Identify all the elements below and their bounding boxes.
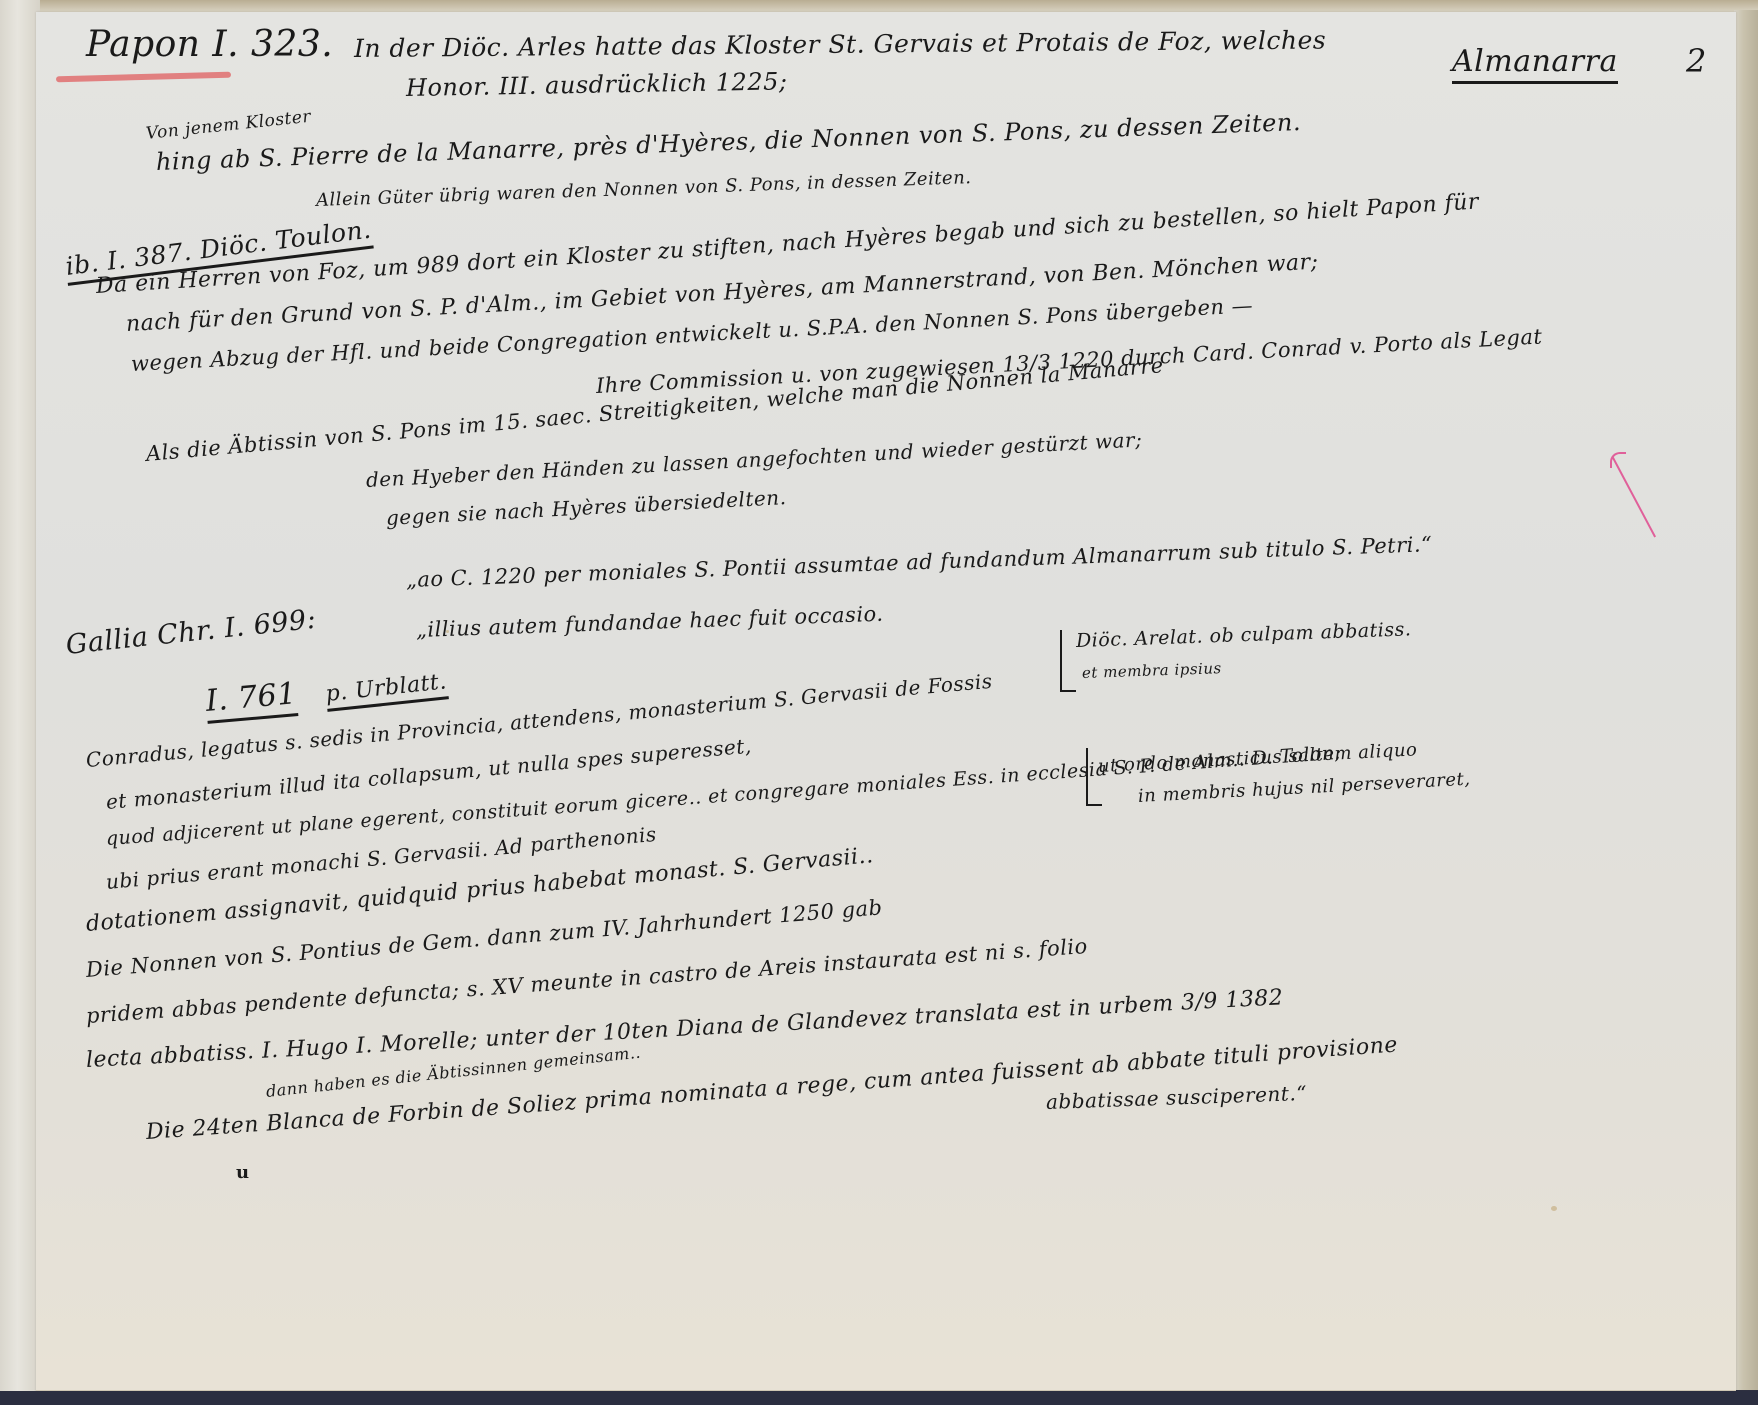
manuscript-page: Papon I. 323. In der Diöc. Arles hatte d… [36, 12, 1736, 1392]
source-reference-gallia: Gallia Chr. I. 699: [64, 604, 317, 661]
background-cloth [0, 1391, 1758, 1405]
section1-line-1: Von jenem Kloster [145, 107, 312, 144]
red-crayon-underline [56, 72, 231, 83]
pink-margin-mark [1612, 457, 1656, 537]
source-reference-urblatt: p. Urblatt. [324, 669, 448, 712]
header-line-2: Honor. III. ausdrücklich 1225; [406, 67, 788, 102]
section1-line-2: hing ab S. Pierre de la Manarre, près d'… [156, 108, 1302, 176]
bracket-note-divider [1060, 630, 1076, 692]
section3-continuation: „illius autem fundandae haec fuit occasi… [416, 602, 884, 642]
page-stack-right-edge [1734, 10, 1758, 1390]
section2-line-7: gegen sie nach Hyères übersiedelten. [385, 485, 787, 530]
section2-line-6: den Hyeber den Händen zu lassen angefoch… [365, 427, 1142, 492]
page-title: Almanarra [1452, 44, 1618, 84]
bracket-note-1: Diöc. Arelat. ob culpam abbatiss. [1076, 618, 1412, 652]
bracket-note-2: et membra ipsius [1082, 659, 1222, 682]
header-line-1: In der Diöc. Arles hatte das Kloster St.… [354, 26, 1326, 63]
paper-stain [1551, 1206, 1557, 1211]
source-reference-761: I. 761 [204, 676, 298, 724]
page-number: 2 [1686, 42, 1707, 80]
section1-line-3: Allein Güter übrig waren den Nonnen von … [316, 167, 972, 211]
scan-stage: Papon I. 323. In der Diöc. Arles hatte d… [0, 0, 1758, 1405]
source-reference-papon: Papon I. 323. [86, 24, 333, 65]
section4-line-3: abbatissae susciperent.“ [1046, 1081, 1308, 1114]
paper-stain [446, 630, 449, 633]
section3-quote-intro: „ao C. 1220 per moniales S. Pontii assum… [406, 532, 1433, 592]
section3-bracket-line-1: ut ordo monasticus saltem aliquo [1097, 739, 1417, 777]
marginal-mark: u [236, 1162, 250, 1183]
